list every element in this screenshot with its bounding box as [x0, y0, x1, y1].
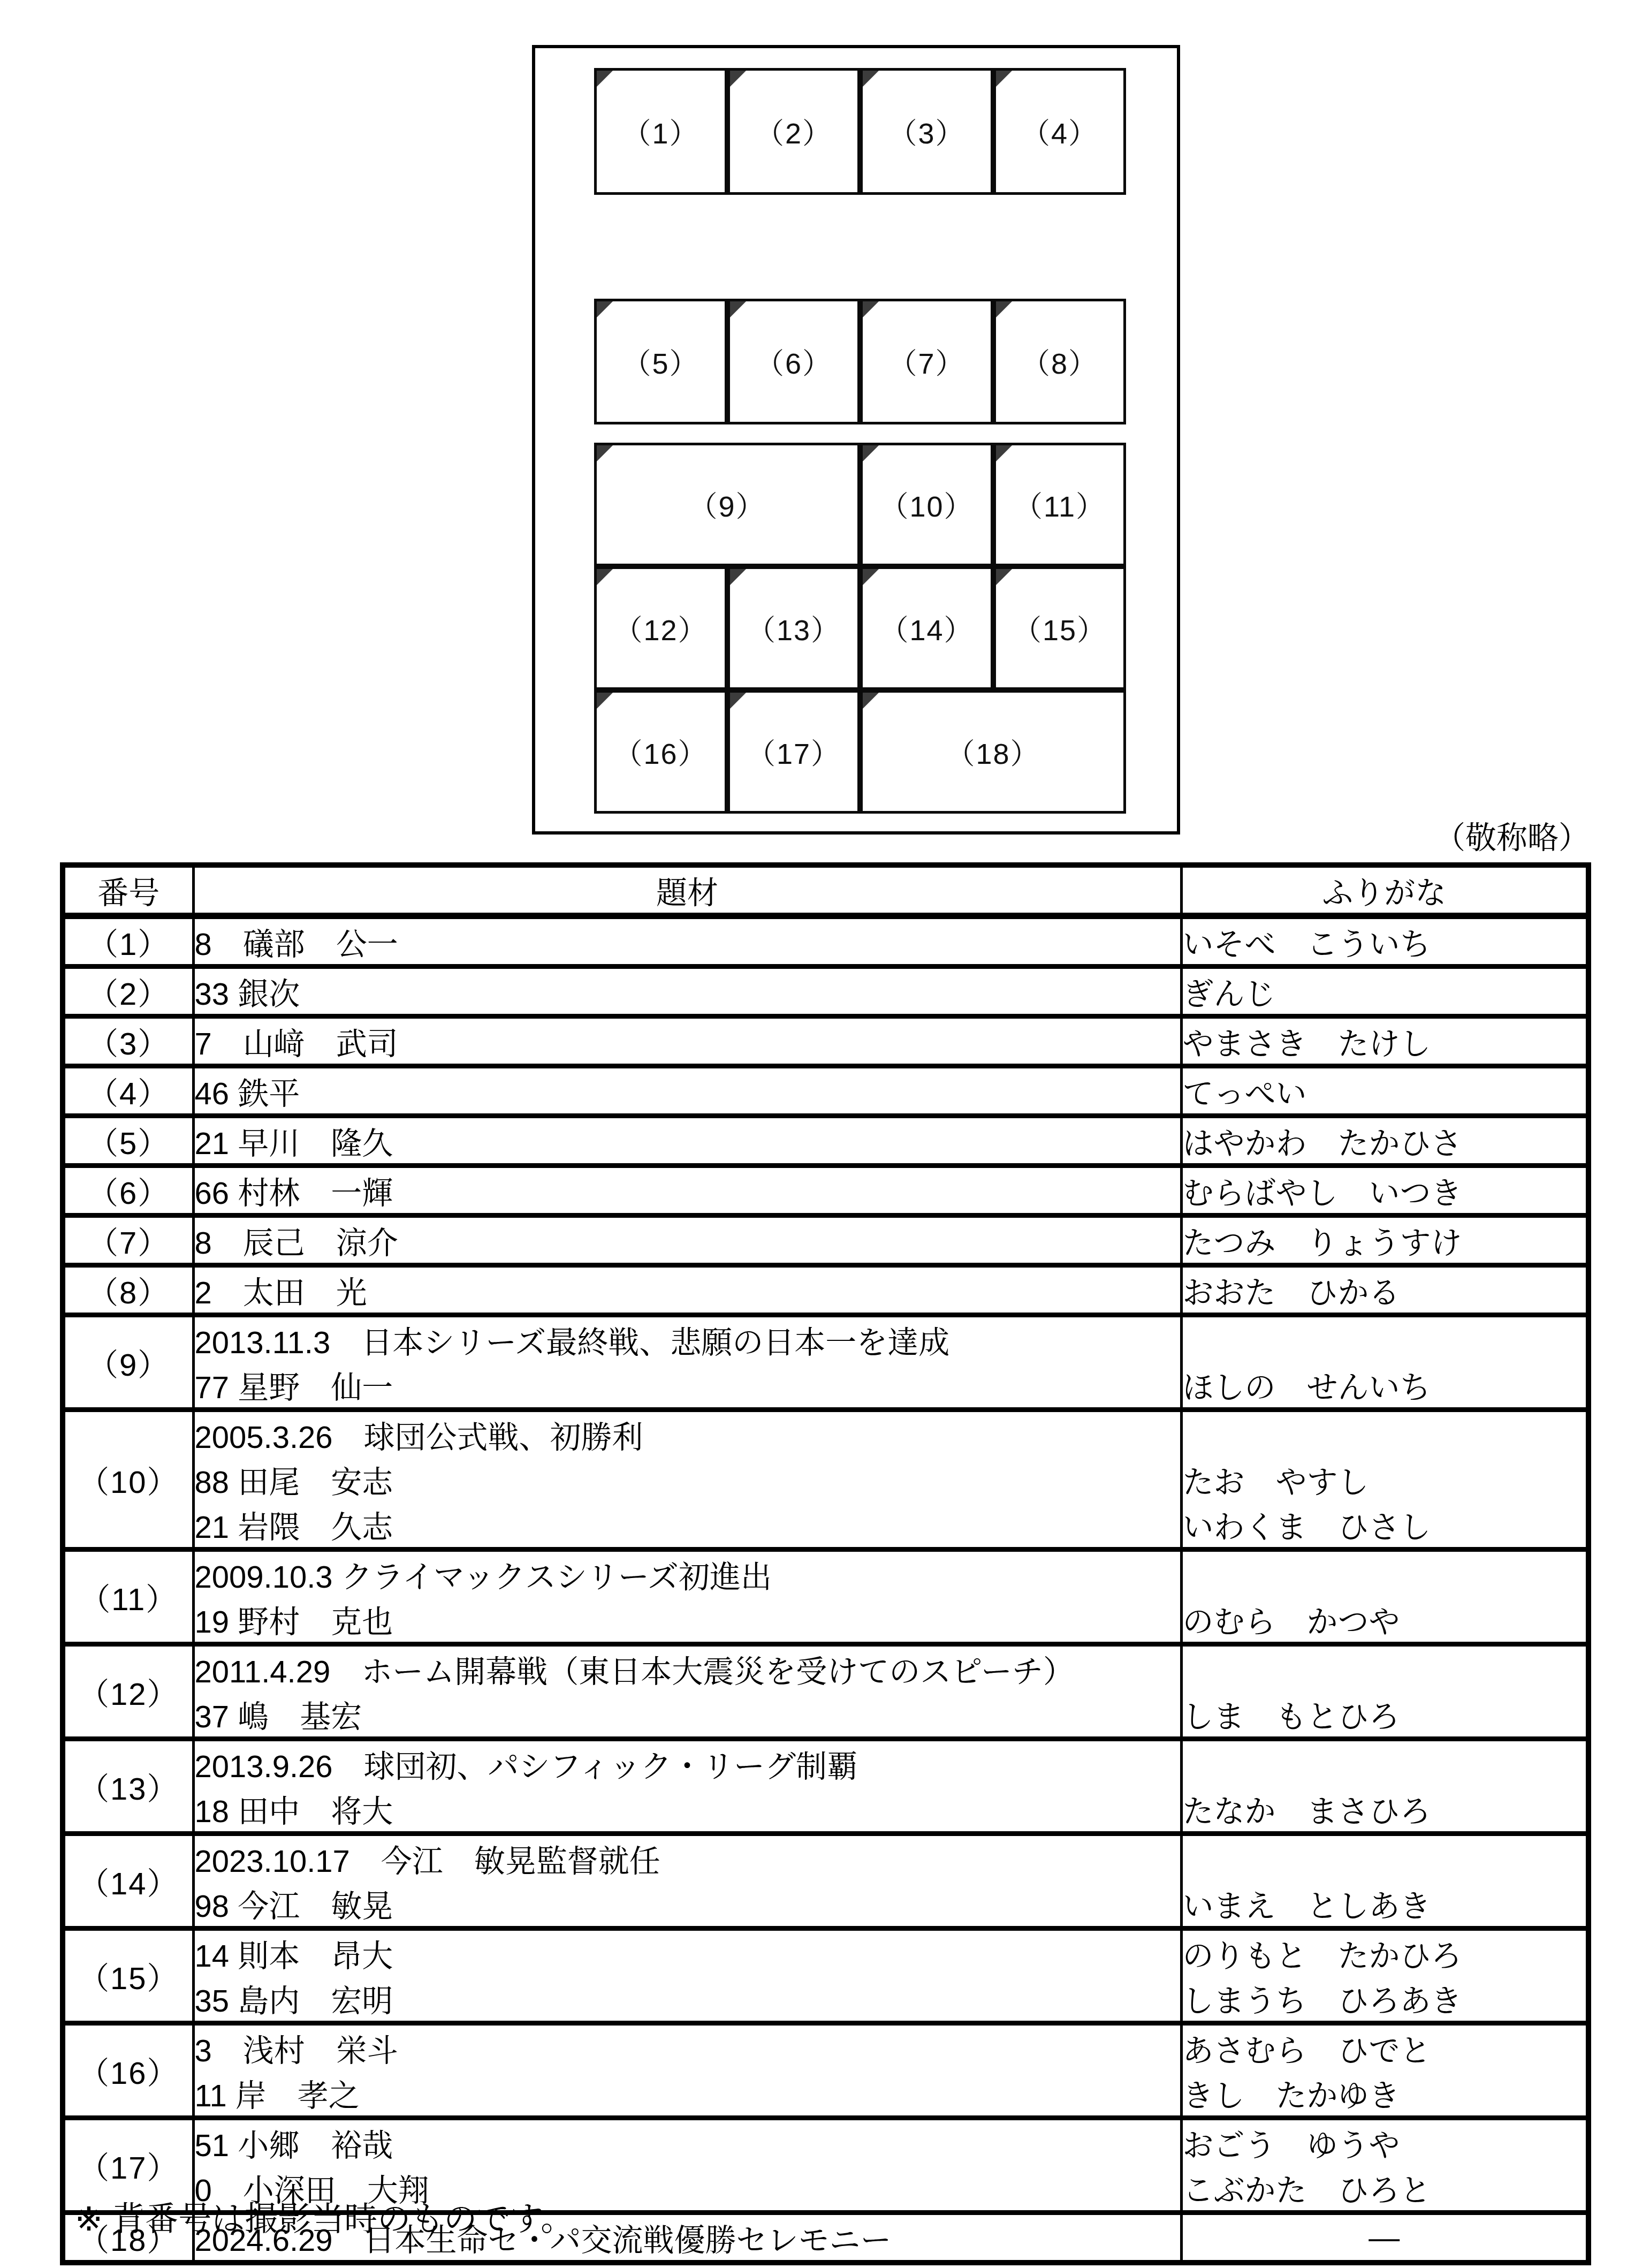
furigana-line: ― [1183, 2215, 1586, 2260]
cell-furigana: いそべ こういち [1181, 916, 1588, 967]
photo-corner-fold-icon [597, 301, 613, 317]
furigana-line: たなか まさひろ [1183, 1786, 1586, 1831]
cell-furigana: おごう ゆうやこぶかた ひろと [1181, 2118, 1588, 2213]
table-row: （1）8 礒部 公一いそべ こういち [63, 916, 1588, 967]
table-row: （11）2009.10.3 クライマックスシリーズ初進出19 野村 克也のむら … [63, 1550, 1588, 1644]
subject-line: 33 銀次 [195, 969, 1180, 1014]
photo-placeholder-17: （17） [727, 690, 860, 814]
photo-number-label: （18） [946, 731, 1040, 772]
photo-placeholder-7: （7） [860, 299, 993, 424]
cell-number: （2） [63, 967, 193, 1017]
cell-furigana: しま もとひろ [1181, 1644, 1588, 1739]
photo-placeholder-12: （12） [594, 566, 727, 690]
cell-number: （13） [63, 1739, 193, 1834]
cell-furigana: ― [1181, 2213, 1588, 2263]
photo-number-label: （3） [888, 111, 965, 152]
cell-number: （6） [63, 1166, 193, 1216]
cell-furigana: たなか まさひろ [1181, 1739, 1588, 1834]
furigana-line [1183, 1317, 1586, 1362]
cell-subject: 2005.3.26 球団公式戦、初勝利88 田尾 安志21 岩隈 久志 [193, 1410, 1181, 1550]
photo-corner-fold-icon [730, 693, 746, 709]
furigana-line: のむら かつや [1183, 1597, 1586, 1642]
cell-furigana: たつみ りょうすけ [1181, 1216, 1588, 1265]
cell-furigana: たお やすしいわくま ひさし [1181, 1410, 1588, 1550]
subjects-table: 番号 題材 ふりがな （1）8 礒部 公一いそべ こういち（2）33 銀次ぎんじ… [60, 862, 1591, 2265]
cell-furigana: てっぺい [1181, 1066, 1588, 1116]
cell-furigana: いまえ としあき [1181, 1834, 1588, 1929]
subject-line: 21 岩隈 久志 [195, 1502, 1180, 1547]
header-furigana: ふりがな [1181, 865, 1588, 916]
table-row: （14）2023.10.17 今江 敏晃監督就任98 今江 敏晃いまえ としあき [63, 1834, 1588, 1929]
furigana-line: はやかわ たかひさ [1183, 1118, 1586, 1163]
cell-subject: 7 山﨑 武司 [193, 1017, 1181, 1066]
cell-subject: 8 辰己 涼介 [193, 1216, 1181, 1265]
furigana-line: しまうち ひろあき [1183, 1976, 1586, 2021]
photo-number-label: （14） [879, 608, 974, 649]
photo-number-label: （7） [888, 341, 965, 382]
furigana-line [1183, 1741, 1586, 1786]
cell-number: （16） [63, 2023, 193, 2118]
cell-number: （7） [63, 1216, 193, 1265]
cell-subject: 2011.4.29 ホーム開幕戦（東日本大震災を受けてのスピーチ）37 嶋 基宏 [193, 1644, 1181, 1739]
cell-subject: 2 太田 光 [193, 1265, 1181, 1315]
photo-number-label: （15） [1013, 608, 1107, 649]
photo-corner-fold-icon [996, 445, 1012, 461]
table-row: （4）46 鉄平てっぺい [63, 1066, 1588, 1116]
cell-number: （5） [63, 1116, 193, 1166]
subject-line: 2011.4.29 ホーム開幕戦（東日本大震災を受けてのスピーチ） [195, 1647, 1180, 1691]
cell-number: （11） [63, 1550, 193, 1644]
table-row: （6）66 村林 一輝むらばやし いつき [63, 1166, 1588, 1216]
furigana-line: むらばやし いつき [1183, 1168, 1586, 1213]
keishoryaku-caption: （敬称略） [1413, 813, 1590, 858]
furigana-line: きし たかゆき [1183, 2070, 1586, 2115]
header-number: 番号 [63, 865, 193, 916]
furigana-line: いまえ としあき [1183, 1881, 1586, 1926]
photo-placeholder-6: （6） [727, 299, 860, 424]
subject-line: 77 星野 仙一 [195, 1362, 1180, 1407]
cell-subject: 33 銀次 [193, 967, 1181, 1017]
cell-subject: 3 浅村 栄斗11 岸 孝之 [193, 2023, 1181, 2118]
photo-placeholder-15: （15） [993, 566, 1126, 690]
subject-line: 2013.9.26 球団初、パシフィック・リーグ制覇 [195, 1741, 1180, 1786]
photo-placeholder-3: （3） [860, 68, 993, 195]
photo-placeholder-13: （13） [727, 566, 860, 690]
photo-corner-fold-icon [730, 71, 746, 87]
subject-line: 66 村林 一輝 [195, 1168, 1180, 1213]
subject-line: 8 礒部 公一 [195, 919, 1180, 964]
subject-line: 3 浅村 栄斗 [195, 2026, 1180, 2070]
cell-number: （15） [63, 1929, 193, 2023]
photo-placeholder-5: （5） [594, 299, 727, 424]
photo-number-label: （6） [755, 341, 832, 382]
furigana-line: いわくま ひさし [1183, 1502, 1586, 1547]
photo-number-label: （9） [688, 484, 765, 525]
photo-number-label: （11） [1014, 484, 1106, 525]
cell-furigana: ぎんじ [1181, 967, 1588, 1017]
table-row: （10）2005.3.26 球団公式戦、初勝利88 田尾 安志21 岩隈 久志た… [63, 1410, 1588, 1550]
furigana-line [1183, 1647, 1586, 1691]
cell-subject: 2023.10.17 今江 敏晃監督就任98 今江 敏晃 [193, 1834, 1181, 1929]
furigana-line: ぎんじ [1183, 969, 1586, 1014]
table-row: （8）2 太田 光おおた ひかる [63, 1265, 1588, 1315]
furigana-line: てっぺい [1183, 1068, 1586, 1113]
subject-line: 18 田中 将大 [195, 1786, 1180, 1831]
cell-furigana: のむら かつや [1181, 1550, 1588, 1644]
subject-line: 7 山﨑 武司 [195, 1019, 1180, 1064]
photo-corner-fold-icon [597, 445, 613, 461]
subject-line: 11 岸 孝之 [195, 2070, 1180, 2115]
subject-line: 88 田尾 安志 [195, 1457, 1180, 1502]
furigana-line [1183, 1412, 1586, 1457]
photo-placeholder-2: （2） [727, 68, 860, 195]
cell-subject: 14 則本 昂大35 島内 宏明 [193, 1929, 1181, 2023]
cell-subject: 2013.9.26 球団初、パシフィック・リーグ制覇18 田中 将大 [193, 1739, 1181, 1834]
furigana-line: こぶかた ひろと [1183, 2165, 1586, 2210]
table-row: （15）14 則本 昂大35 島内 宏明のりもと たかひろしまうち ひろあき [63, 1929, 1588, 2023]
subject-line: 46 鉄平 [195, 1068, 1180, 1113]
subject-line: 2 太田 光 [195, 1268, 1180, 1313]
photo-corner-fold-icon [730, 301, 746, 317]
subject-line: 2023.10.17 今江 敏晃監督就任 [195, 1836, 1180, 1881]
photo-number-label: （5） [622, 341, 699, 382]
furigana-line: たつみ りょうすけ [1183, 1218, 1586, 1263]
photo-placeholder-8: （8） [993, 299, 1126, 424]
furigana-line: おおた ひかる [1183, 1268, 1586, 1313]
photo-number-label: （17） [747, 731, 841, 772]
cell-furigana: あさむら ひでときし たかゆき [1181, 2023, 1588, 2118]
furigana-line: やまさき たけし [1183, 1019, 1586, 1064]
cell-subject: 2009.10.3 クライマックスシリーズ初進出19 野村 克也 [193, 1550, 1181, 1644]
furigana-line: のりもと たかひろ [1183, 1931, 1586, 1976]
photo-number-label: （8） [1021, 341, 1098, 382]
table-row: （3）7 山﨑 武司やまさき たけし [63, 1017, 1588, 1066]
photo-placeholder-14: （14） [860, 566, 993, 690]
photo-layout-diagram: （1）（2）（3）（4）（5）（6）（7）（8）（9）（10）（11）（12）（… [532, 45, 1180, 835]
subject-line: 8 辰己 涼介 [195, 1218, 1180, 1263]
photo-number-label: （2） [755, 111, 832, 152]
subject-line: 14 則本 昂大 [195, 1931, 1180, 1976]
photo-number-label: （10） [879, 484, 974, 525]
photo-placeholder-9: （9） [594, 443, 860, 566]
photo-corner-fold-icon [863, 445, 879, 461]
cell-number: （12） [63, 1644, 193, 1739]
cell-furigana: むらばやし いつき [1181, 1166, 1588, 1216]
cell-furigana: はやかわ たかひさ [1181, 1116, 1588, 1166]
cell-furigana: ほしの せんいち [1181, 1315, 1588, 1410]
table-row: （5）21 早川 隆久はやかわ たかひさ [63, 1116, 1588, 1166]
subject-line: 51 小郷 裕哉 [195, 2120, 1180, 2165]
photo-number-label: （16） [613, 731, 708, 772]
table-row: （12）2011.4.29 ホーム開幕戦（東日本大震災を受けてのスピーチ）37 … [63, 1644, 1588, 1739]
cell-subject: 46 鉄平 [193, 1066, 1181, 1116]
footer-note: ※ 背番号は撮影当時のものです。 [75, 2193, 574, 2240]
photo-corner-fold-icon [863, 301, 879, 317]
photo-corner-fold-icon [597, 693, 613, 709]
furigana-line: おごう ゆうや [1183, 2120, 1586, 2165]
subject-line: 2009.10.3 クライマックスシリーズ初進出 [195, 1552, 1180, 1597]
cell-subject: 21 早川 隆久 [193, 1116, 1181, 1166]
furigana-line: ほしの せんいち [1183, 1362, 1586, 1407]
cell-furigana: やまさき たけし [1181, 1017, 1588, 1066]
photo-placeholder-10: （10） [860, 443, 993, 566]
photo-corner-fold-icon [597, 569, 613, 585]
subject-line: 2013.11.3 日本シリーズ最終戦、悲願の日本一を達成 [195, 1317, 1180, 1362]
photo-corner-fold-icon [863, 71, 879, 87]
photo-number-label: （12） [613, 608, 708, 649]
photo-corner-fold-icon [996, 569, 1012, 585]
photo-placeholder-1: （1） [594, 68, 727, 195]
cell-subject: 2013.11.3 日本シリーズ最終戦、悲願の日本一を達成77 星野 仙一 [193, 1315, 1181, 1410]
photo-number-label: （13） [747, 608, 841, 649]
header-subject: 題材 [193, 865, 1181, 916]
cell-number: （10） [63, 1410, 193, 1550]
photo-placeholder-16: （16） [594, 690, 727, 814]
photo-corner-fold-icon [597, 71, 613, 87]
furigana-line [1183, 1836, 1586, 1881]
cell-furigana: のりもと たかひろしまうち ひろあき [1181, 1929, 1588, 2023]
table-header-row: 番号 題材 ふりがな [63, 865, 1588, 916]
cell-number: （9） [63, 1315, 193, 1410]
subject-line: 37 嶋 基宏 [195, 1691, 1180, 1736]
furigana-line: たお やすし [1183, 1457, 1586, 1502]
cell-number: （1） [63, 916, 193, 967]
furigana-line [1183, 1552, 1586, 1597]
cell-furigana: おおた ひかる [1181, 1265, 1588, 1315]
photo-corner-fold-icon [996, 71, 1012, 87]
document-page: （1）（2）（3）（4）（5）（6）（7）（8）（9）（10）（11）（12）（… [0, 0, 1627, 2268]
photo-corner-fold-icon [863, 569, 879, 585]
table-row: （2）33 銀次ぎんじ [63, 967, 1588, 1017]
table-row: （13）2013.9.26 球団初、パシフィック・リーグ制覇18 田中 将大たな… [63, 1739, 1588, 1834]
photo-corner-fold-icon [730, 569, 746, 585]
furigana-line: いそべ こういち [1183, 919, 1586, 964]
cell-subject: 8 礒部 公一 [193, 916, 1181, 967]
cell-number: （3） [63, 1017, 193, 1066]
table-row: （9）2013.11.3 日本シリーズ最終戦、悲願の日本一を達成77 星野 仙一… [63, 1315, 1588, 1410]
cell-number: （8） [63, 1265, 193, 1315]
cell-number: （14） [63, 1834, 193, 1929]
photo-placeholder-11: （11） [993, 443, 1126, 566]
photo-number-label: （4） [1021, 111, 1098, 152]
table-row: （16）3 浅村 栄斗11 岸 孝之あさむら ひでときし たかゆき [63, 2023, 1588, 2118]
furigana-line: あさむら ひでと [1183, 2026, 1586, 2070]
subject-line: 98 今江 敏晃 [195, 1881, 1180, 1926]
photo-corner-fold-icon [996, 301, 1012, 317]
subject-line: 35 島内 宏明 [195, 1976, 1180, 2021]
subject-line: 19 野村 克也 [195, 1597, 1180, 1642]
table-row: （7）8 辰己 涼介たつみ りょうすけ [63, 1216, 1588, 1265]
cell-number: （4） [63, 1066, 193, 1116]
photo-corner-fold-icon [863, 693, 879, 709]
subject-line: 21 早川 隆久 [195, 1118, 1180, 1163]
photo-placeholder-4: （4） [993, 68, 1126, 195]
photo-placeholder-18: （18） [860, 690, 1126, 814]
furigana-line: しま もとひろ [1183, 1691, 1586, 1736]
cell-subject: 66 村林 一輝 [193, 1166, 1181, 1216]
photo-number-label: （1） [622, 111, 699, 152]
subject-line: 2005.3.26 球団公式戦、初勝利 [195, 1412, 1180, 1457]
